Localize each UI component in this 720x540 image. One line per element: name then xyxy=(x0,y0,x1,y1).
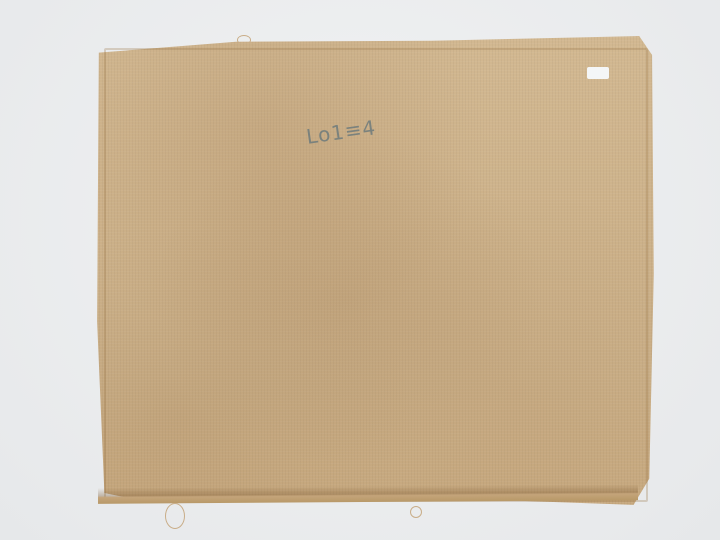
sticker-label xyxy=(587,67,609,79)
loose-thread xyxy=(410,506,422,518)
loose-thread xyxy=(165,503,185,529)
loose-thread xyxy=(237,35,251,45)
canvas-back xyxy=(96,36,656,512)
